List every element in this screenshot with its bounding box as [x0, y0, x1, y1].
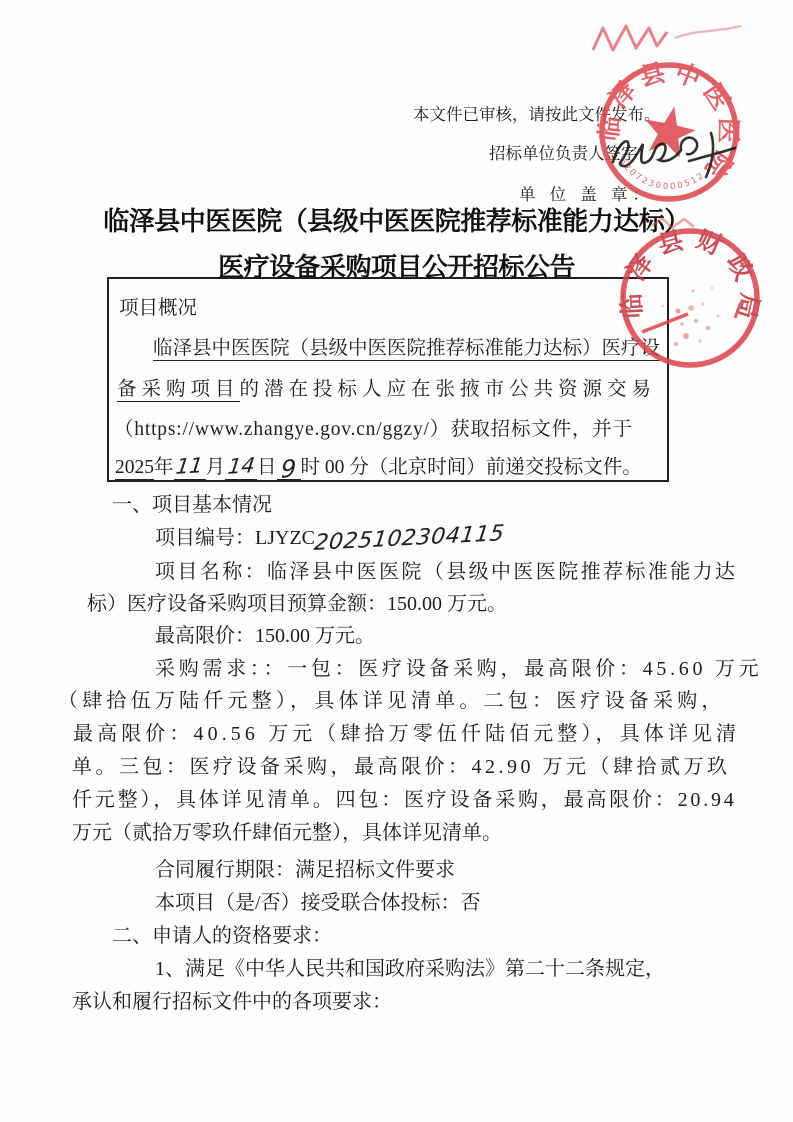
overview-line2-underlined: 备采购项目: [117, 379, 240, 402]
project-number-line: 项目编号：LJYZC2025102304115: [155, 526, 503, 551]
finance-seal-arc-text: 临泽县财政局: [616, 224, 764, 330]
scanned-document-page: 本文件已审核，请按此文件发布。 招标单位负责人签字： 单 位 盖 章： 临泽县中…: [0, 0, 793, 1122]
section1-heading: 一、项目基本情况: [112, 493, 272, 518]
date-month-unit: 月: [206, 457, 226, 478]
stamp-smudge-marks: [583, 14, 753, 62]
body-line: 单。三包：医疗设备采购，最高限价：42.90 万元（肆拾贰万玖: [72, 755, 731, 780]
body-line: 1、满足《中华人民共和国政府采购法》第二十二条规定，: [155, 957, 665, 982]
body-line: 项目名称：临泽县中医医院（县级中医医院推荐标准能力达: [155, 560, 737, 585]
date-year-unit: 年: [154, 457, 174, 478]
body-line: （肆拾伍万陆仟元整），具体详见清单。二包：医疗设备采购，: [58, 689, 726, 714]
body-line: 承认和履行招标文件中的各项要求：: [72, 990, 392, 1015]
date-day-unit: 日: [257, 457, 277, 478]
date-hour-handwritten: 9: [281, 456, 297, 482]
date-month-blank: 11: [174, 456, 206, 480]
date-day-blank: 14: [225, 456, 257, 480]
overview-line1: 临泽县中医医院（县级中医医院推荐标准能力达标）医疗设: [153, 332, 660, 360]
date-year: 2025: [115, 457, 154, 480]
contract-term-line: 合同履行期限：满足招标文件要求: [155, 858, 455, 883]
body-line: 仟元整），具体详见清单。四包：医疗设备采购，最高限价：20.94: [72, 788, 737, 813]
overview-url-line: （https://www.zhangye.gov.cn/ggzy/）获取招标文件…: [114, 413, 633, 441]
overview-heading: 项目概况: [119, 292, 197, 320]
date-hour-blank: 9: [277, 453, 301, 480]
finance-bureau-stamp: 临泽县财政局: [608, 216, 772, 380]
project-number-label: 项目编号：LJYZC: [155, 527, 315, 549]
project-overview-box: 项目概况 临泽县中医医院（县级中医医院推荐标准能力达标）医疗设 备采购项目的潜在…: [107, 277, 669, 482]
body-line: 最高限价：40.56 万元（肆拾万零伍仟陆佰元整），具体详见清: [73, 722, 740, 747]
date-day-handwritten: 14: [226, 455, 256, 477]
svg-text:临泽县财政局: 临泽县财政局: [616, 224, 764, 330]
date-month-handwritten: 11: [175, 455, 205, 477]
overview-line2-rest: 的潜在投标人应在张掖市公共资源交易: [240, 379, 657, 400]
body-line: 最高限价：150.00 万元。: [155, 624, 375, 649]
overview-line1-underlined: 临泽县中医医院（县级中医医院推荐标准能力达标）医疗设: [153, 338, 660, 361]
seal-speckles: [662, 287, 720, 346]
project-number-handwritten: 2025102304115: [313, 523, 506, 555]
date-tail: 时 00 分（北京时间）前递交投标文件。: [301, 457, 642, 478]
overview-date-line: 2025年11月14日9时 00 分（北京时间）前递交投标文件。: [115, 451, 642, 480]
section2-heading: 二、申请人的资格要求：: [112, 924, 332, 949]
body-line: 标）医疗设备采购项目预算金额：150.00 万元。: [87, 592, 507, 617]
signature-handwriting: [605, 120, 755, 190]
overview-line2: 备采购项目的潜在投标人应在张掖市公共资源交易: [117, 373, 656, 401]
consortium-line: 本项目（是/否）接受联合体投标：否: [155, 891, 481, 916]
body-line: 万元（贰拾万零玖仟肆佰元整），具体详见清单。: [72, 821, 502, 846]
body-line: 采购需求：：一包：医疗设备采购，最高限价：45.60 万元: [155, 657, 762, 682]
